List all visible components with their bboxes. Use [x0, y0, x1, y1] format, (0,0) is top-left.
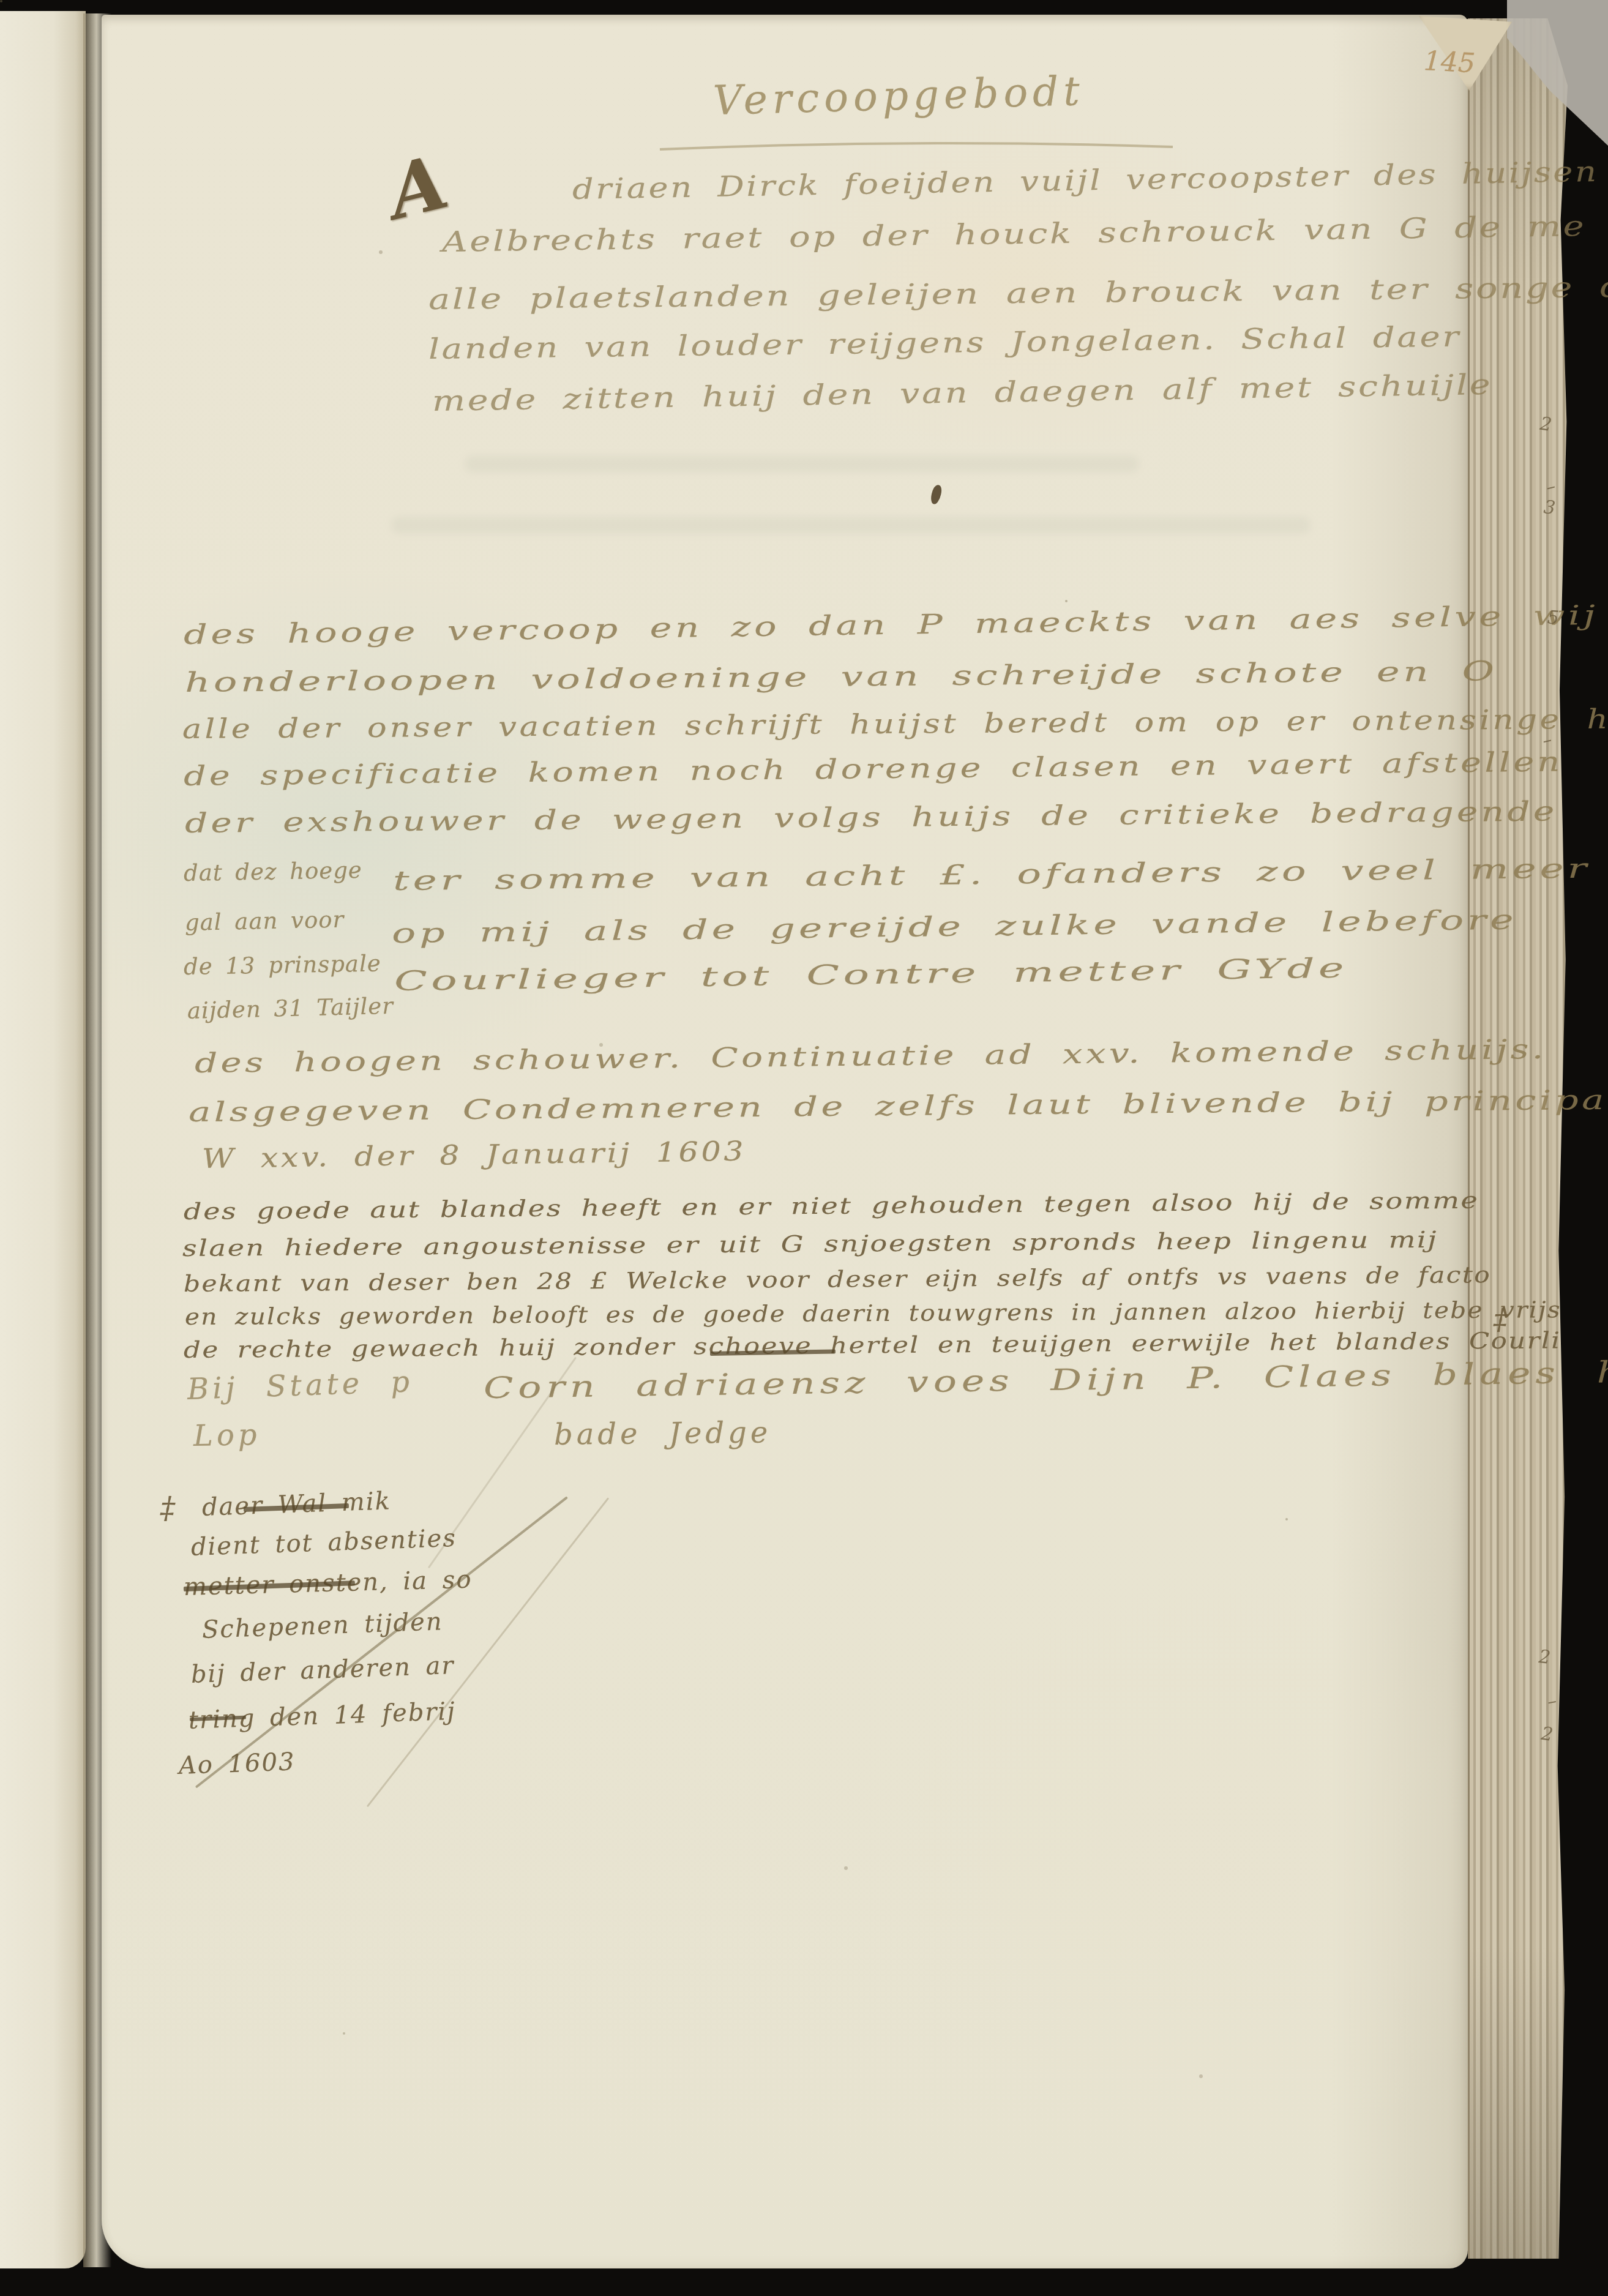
page-title: Vercoopgebodt: [712, 67, 1085, 124]
folio-number: 145: [1423, 45, 1476, 79]
margin-note-line: gal aan voor: [185, 907, 345, 936]
fore-edge-ink-mark: 5: [1547, 607, 1560, 629]
paper-speckles: [0, 0, 2, 2]
insertion-mark: ‡: [160, 1491, 176, 1525]
signature-line: bade Jedge: [554, 1415, 772, 1452]
signature-line: Lop: [193, 1418, 261, 1453]
show-through-smudge: [392, 517, 1310, 533]
fore-edge-ink-mark: 2: [1538, 1646, 1552, 1669]
manuscript-photo: 145 Vercoopgebodt A driaen Dirck foeijde…: [0, 0, 1608, 2296]
fore-edge-ink-mark: 3: [1543, 496, 1557, 519]
margin-note-line: aijden 31 Taijler: [187, 993, 394, 1024]
insertion-mark: ‡: [1494, 1303, 1509, 1336]
book-fore-edge: [1468, 18, 1568, 2259]
margin-note-line: de 13 prinspale: [184, 950, 381, 980]
show-through-smudge: [465, 456, 1139, 472]
facing-page-edge: [0, 11, 86, 2268]
title-underline-flourish: [656, 136, 1176, 157]
margin-note-line: dat dez hoege: [184, 857, 363, 886]
